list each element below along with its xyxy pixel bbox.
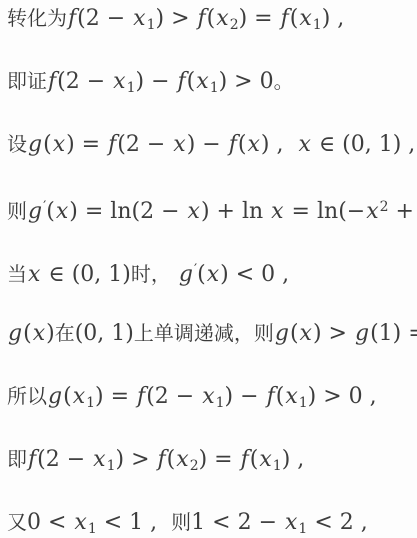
math-variable: x (246, 132, 260, 157)
math-roman: ) = ln(2 − (69, 199, 186, 224)
math-subscript: 1 (107, 458, 116, 474)
math-roman: ( (46, 199, 55, 224)
cjk-text: 则 (7, 201, 27, 223)
math-variable: x (270, 199, 284, 224)
math-subscript: 1 (299, 395, 308, 411)
math-roman: ) + ln (201, 199, 270, 224)
math-variable: x (175, 447, 189, 472)
math-subscript: 1 (273, 458, 282, 474)
math-roman: ( (187, 69, 196, 94)
math-subscript: 1 (147, 17, 156, 33)
math-roman: = ln(− (285, 199, 366, 224)
math-subscript: 1 (86, 395, 95, 411)
cjk-text: 设 (7, 134, 27, 156)
math-variable: x (27, 262, 41, 287)
math-variable: g (7, 321, 23, 346)
math-roman: ) , (322, 6, 345, 31)
math-subscript: 2 (190, 458, 199, 474)
math-roman: 1 < 2 − (191, 510, 284, 535)
math-variable: x (299, 321, 313, 346)
math-subscript: 1 (127, 80, 136, 96)
math-variable: x (195, 69, 209, 94)
math-subscript: 1 (210, 80, 219, 96)
cjk-text: 则 (171, 512, 191, 534)
proof-document: 转化为f(2 − x1) > f(x2) = f(x1) ,即证f(2 − x1… (0, 0, 417, 538)
cjk-text: 。 (274, 71, 294, 93)
math-roman: ) − (187, 132, 228, 157)
cjk-text: 即证 (7, 71, 47, 93)
math-roman: ) (46, 321, 55, 346)
math-roman: ) > (156, 6, 197, 31)
math-variable: x (201, 384, 215, 409)
math-roman: (2 − (117, 132, 172, 157)
math-line-5: 当x ∈ (0, 1)时， g′(x) < 0 , (7, 257, 411, 284)
math-variable: f (107, 132, 117, 157)
math-roman: (2 − (37, 447, 92, 472)
math-variable: x (297, 132, 311, 157)
math-variable: g (47, 384, 63, 409)
math-roman: (2 − (146, 384, 201, 409)
cjk-text: 所以 (7, 386, 47, 408)
math-roman: (1) = 0 , (370, 321, 417, 346)
math-line-9: 又0 < x1 < 1 , 则1 < 2 − x1 < 2 , (7, 509, 411, 536)
math-variable: x (284, 384, 298, 409)
math-variable: f (157, 447, 167, 472)
math-roman: < 2 , (307, 510, 367, 535)
math-variable: g (274, 321, 290, 346)
cjk-text: 当 (7, 264, 27, 286)
math-line-3: 设g(x) = f(2 − x) − f(x) , x ∈ (0, 1) , (7, 131, 411, 158)
math-variable: x (52, 132, 66, 157)
math-line-7: 所以g(x1) = f(2 − x1) − f(x1) > 0 , (7, 383, 411, 410)
math-variable: x (132, 6, 146, 31)
math-roman: ) > (116, 447, 157, 472)
math-roman: (2 − (77, 6, 132, 31)
math-subscript: 1 (88, 521, 97, 537)
math-subscript: 1 (313, 17, 322, 33)
math-subscript: 1 (216, 395, 225, 411)
math-roman: (2 − (57, 69, 112, 94)
math-roman: (0, 1) (75, 321, 134, 346)
math-variable: x (172, 132, 186, 157)
math-roman: + 2 (389, 199, 417, 224)
math-variable: x (215, 6, 229, 31)
math-roman: ) = (199, 447, 240, 472)
math-roman: ( (43, 132, 52, 157)
math-roman: ) > (313, 321, 354, 346)
math-roman: ( (197, 262, 206, 287)
math-variable: x (32, 321, 46, 346)
math-roman: ( (23, 321, 32, 346)
math-variable: f (266, 384, 276, 409)
math-roman: ∈ (0, 1) (41, 262, 130, 287)
cjk-text: 即 (7, 449, 27, 471)
math-subscript: 1 (298, 521, 307, 537)
cjk-text: 在 (55, 323, 75, 345)
math-roman: ∈ (0, 1) , (312, 132, 415, 157)
math-line-6: g(x)在(0, 1)上单调递减，则g(x) > g(1) = 0 , (7, 320, 411, 347)
math-variable: x (298, 6, 312, 31)
math-variable: f (240, 447, 250, 472)
math-variable: f (197, 6, 207, 31)
math-line-8: 即f(2 − x1) > f(x2) = f(x1) , (7, 446, 411, 473)
math-variable: f (177, 69, 187, 94)
math-line-1: 转化为f(2 − x1) > f(x2) = f(x1) , (7, 5, 411, 32)
math-roman: ) , (261, 132, 298, 157)
math-lines: 转化为f(2 − x1) > f(x2) = f(x1) ,即证f(2 − x1… (7, 5, 411, 536)
math-roman: ) > 0 (219, 69, 274, 94)
math-variable: f (136, 384, 146, 409)
math-variable: f (27, 447, 37, 472)
math-roman: ) = (95, 384, 136, 409)
math-roman (171, 262, 178, 287)
cjk-text: 转化为 (7, 8, 67, 30)
math-variable: x (365, 199, 379, 224)
cjk-text: 上单调递减，则 (134, 323, 274, 345)
math-variable: g (354, 321, 370, 346)
math-roman: ( (290, 321, 299, 346)
math-variable: g (27, 199, 43, 224)
math-variable: x (73, 510, 87, 535)
math-line-4: 则g′(x) = ln(2 − x) + ln x = ln(−x2 + 2x)… (7, 194, 411, 221)
math-roman: ) = (66, 132, 107, 157)
math-variable: x (284, 510, 298, 535)
math-variable: x (72, 384, 86, 409)
math-roman: ) < 0 , (220, 262, 289, 287)
math-roman: ( (207, 6, 216, 31)
math-variable: x (112, 69, 126, 94)
math-roman: ( (167, 447, 176, 472)
cjk-text: 时， (131, 264, 171, 286)
math-variable: f (228, 132, 238, 157)
math-roman: ) − (136, 69, 177, 94)
math-variable: f (67, 6, 77, 31)
cjk-text: 又 (7, 512, 27, 534)
math-roman: ( (63, 384, 72, 409)
math-roman: ) = (239, 6, 280, 31)
math-roman: < 1 , (97, 510, 171, 535)
math-variable: x (92, 447, 106, 472)
math-variable: g (27, 132, 43, 157)
math-variable: x (187, 199, 201, 224)
math-subscript: 2 (230, 17, 239, 33)
math-line-2: 即证f(2 − x1) − f(x1) > 0。 (7, 68, 411, 95)
math-roman: ) , (282, 447, 305, 472)
math-variable: g (178, 262, 194, 287)
math-roman: ) > 0 , (308, 384, 377, 409)
math-variable: x (55, 199, 69, 224)
math-variable: x (258, 447, 272, 472)
math-variable: f (280, 6, 290, 31)
math-roman: 0 < (27, 510, 73, 535)
math-superscript: 2 (380, 199, 389, 215)
math-variable: f (47, 69, 57, 94)
math-roman: ) − (225, 384, 266, 409)
math-variable: x (206, 262, 220, 287)
